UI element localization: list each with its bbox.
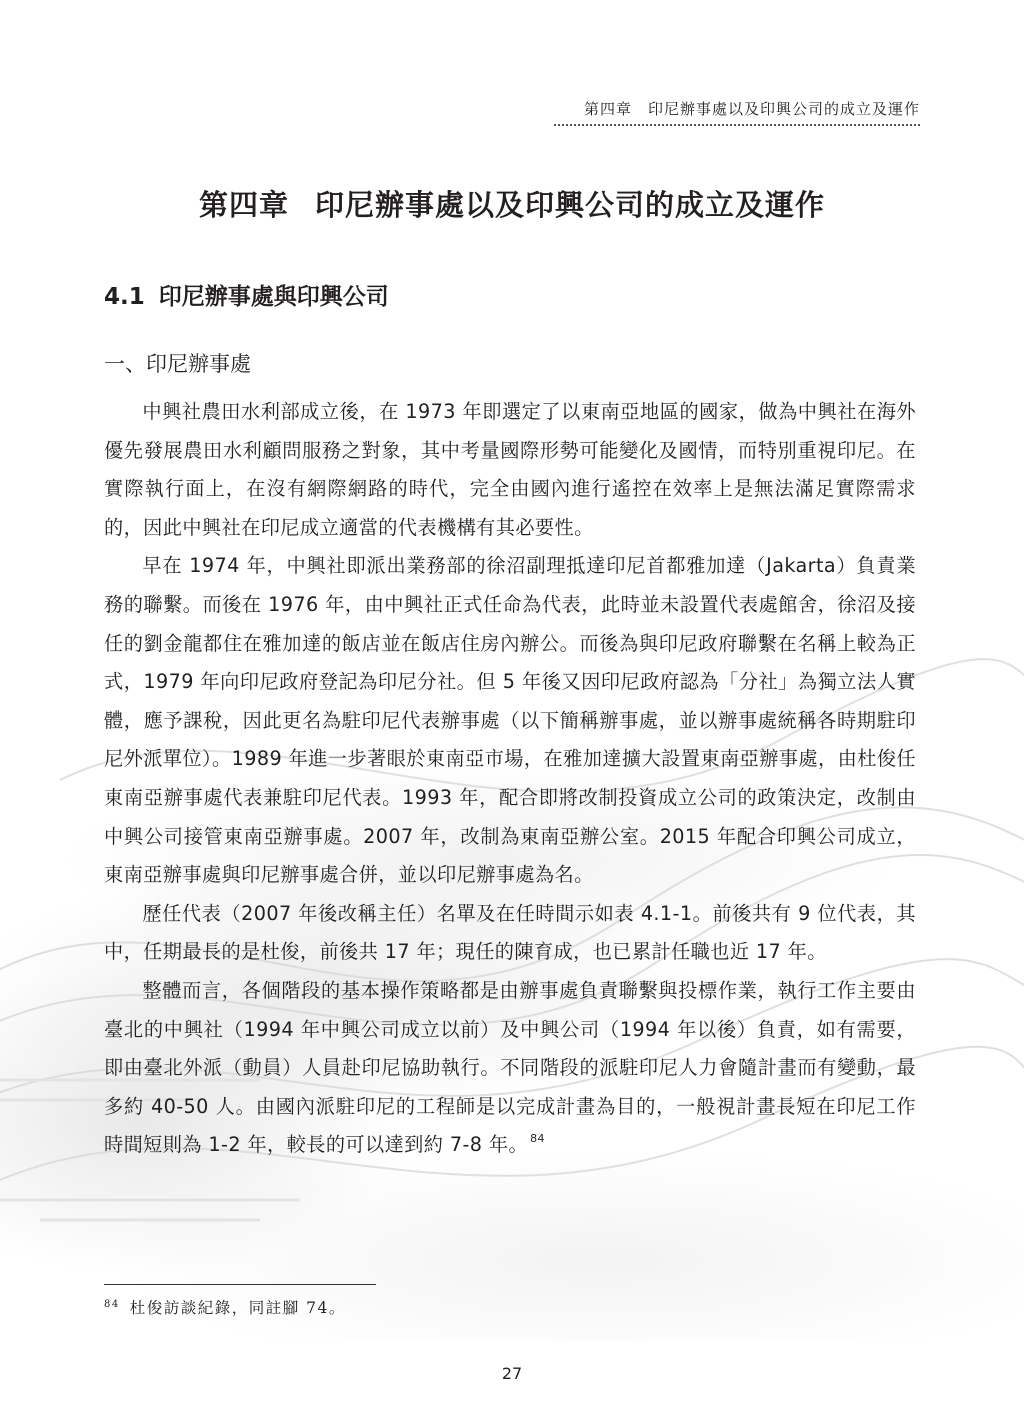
running-header: 第四章 印尼辦事處以及印興公司的成立及運作 — [584, 98, 920, 119]
section-title: 4.1印尼辦事處與印興公司 — [104, 278, 389, 311]
page-number: 27 — [0, 1364, 1024, 1383]
footnote-text: 杜俊訪談紀錄，同註腳 74。 — [130, 1299, 346, 1317]
section-number: 4.1 — [104, 284, 145, 310]
footnote: 84杜俊訪談紀錄，同註腳 74。 — [104, 1296, 346, 1318]
body-text: 中興社農田水利部成立後，在 1973 年即選定了以東南亞地區的國家，做為中興社在… — [104, 393, 916, 1165]
paragraph-4: 整體而言，各個階段的基本操作策略都是由辦事處負責聯繫與投標作業，執行工作主要由臺… — [104, 972, 916, 1165]
paragraph-2: 早在 1974 年，中興社即派出業務部的徐沼副理抵達印尼首都雅加達（Jakart… — [104, 547, 916, 894]
paragraph-4-text: 整體而言，各個階段的基本操作策略都是由辦事處負責聯繫與投標作業，執行工作主要由臺… — [104, 979, 916, 1156]
header-dotted-rule — [554, 124, 920, 126]
footnote-number: 84 — [104, 1299, 120, 1310]
chapter-title-text: 印尼辦事處以及印興公司的成立及運作 — [315, 188, 825, 222]
chapter-title: 第四章印尼辦事處以及印興公司的成立及運作 — [0, 183, 1024, 224]
section-title-text: 印尼辦事處與印興公司 — [159, 284, 389, 310]
subsection-title: 一、印尼辦事處 — [104, 348, 251, 378]
footnote-reference[interactable]: 84 — [530, 1132, 545, 1145]
paragraph-3: 歷任代表（2007 年後改稱主任）名單及在任時間示如表 4.1-1。前後共有 9… — [104, 895, 916, 972]
chapter-number: 第四章 — [199, 188, 289, 222]
footnote-separator — [104, 1284, 376, 1285]
paragraph-1: 中興社農田水利部成立後，在 1973 年即選定了以東南亞地區的國家，做為中興社在… — [104, 393, 916, 547]
